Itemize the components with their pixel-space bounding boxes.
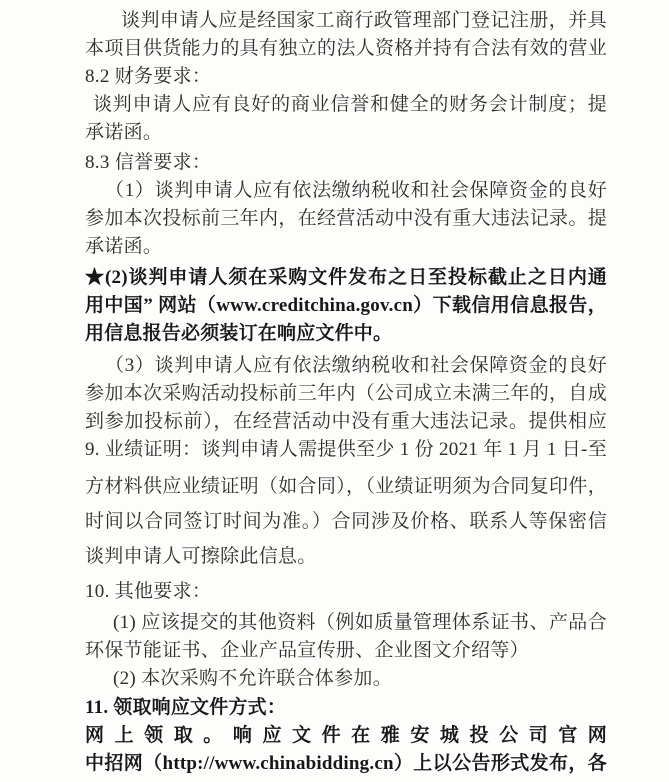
section-9-performance-line-2: 方材料供应业绩证明（如合同），（业绩证明须为合同复印件，业绩 [85, 473, 607, 501]
scanned-document-page: 谈判申请人应是经国家工商行政管理部门登记注册，并具有完成 本项目供货能力的具有独… [0, 0, 669, 782]
financial-requirement-line-1: 谈判申请人应有良好的商业信誉和健全的财务会计制度；提供相应 [85, 91, 607, 119]
starred-credit-china-line-1: ★(2)谈判申请人须在采购文件发布之日至投标截止之日内通过“信 [85, 264, 607, 292]
heading-8-3-reputation: 8.3 信誉要求： [85, 149, 607, 177]
section-9-performance-line-4: 谈判申请人可擦除此信息。 [85, 543, 607, 571]
reputation-item-3-line-2: 参加本次采购活动投标前三年内（公司成立未满三年的，自成立之日 [85, 380, 607, 408]
reputation-item-1-line-3: 承诺函。 [85, 233, 607, 261]
reputation-item-3-line-1: （3）谈判申请人应有依法缴纳税收和社会保障资金的良好记录， [85, 352, 607, 380]
financial-requirement-line-2: 承诺函。 [85, 119, 607, 147]
document-text-column: 谈判申请人应是经国家工商行政管理部门登记注册，并具有完成 本项目供货能力的具有独… [85, 7, 607, 778]
other-item-1-line-2: 环保节能证书、企业产品宣传册、企业图文介绍等） [85, 637, 607, 665]
heading-11-obtain-documents: 11. 领取响应文件方式： [85, 694, 607, 722]
obtain-method-line-2: 中招网（http://www.chinabidding.cn）上以公告形式发布，… [85, 750, 607, 778]
reputation-item-3-line-3: 到参加投标前），在经营活动中没有重大违法记录。提供相应承诺函。 [85, 408, 607, 436]
heading-8-2-financial: 8.2 财务要求： [85, 63, 607, 91]
reputation-item-1-line-1: （1）谈判申请人应有依法缴纳税收和社会保障资金的良好记录， [85, 177, 607, 205]
other-item-1-line-1: (1) 应该提交的其他资料（例如质量管理体系证书、产品合格证、 [85, 609, 607, 637]
qualification-clause-line-2: 本项目供货能力的具有独立的法人资格并持有合法有效的营业执照。 [85, 35, 607, 63]
qualification-clause-line-1: 谈判申请人应是经国家工商行政管理部门登记注册，并具有完成 [85, 7, 607, 35]
starred-credit-china-line-3: 用信息报告必须装订在响应文件中。 [85, 320, 607, 348]
section-9-performance-line-1: 9. 业绩证明：谈判申请人需提供至少 1 份 2021 年 1 月 1 日-至今… [85, 436, 607, 464]
other-item-2-no-consortium: (2) 本次采购不允许联合体参加。 [85, 665, 607, 693]
heading-10-other-requirements: 10. 其他要求： [85, 578, 607, 606]
starred-credit-china-line-2: 用中国” 网站（www.creditchina.gov.cn）下载信用信息报告，… [85, 292, 607, 320]
reputation-item-1-line-2: 参加本次投标前三年内，在经营活动中没有重大违法记录。提供相应 [85, 205, 607, 233]
section-9-performance-line-3: 时间以合同签订时间为准。）合同涉及价格、联系人等保密信息的， [85, 508, 607, 536]
obtain-method-line-1: 网上领取。响应文件在雅安城投公司官网（http://www.yactgs.com… [85, 722, 607, 750]
